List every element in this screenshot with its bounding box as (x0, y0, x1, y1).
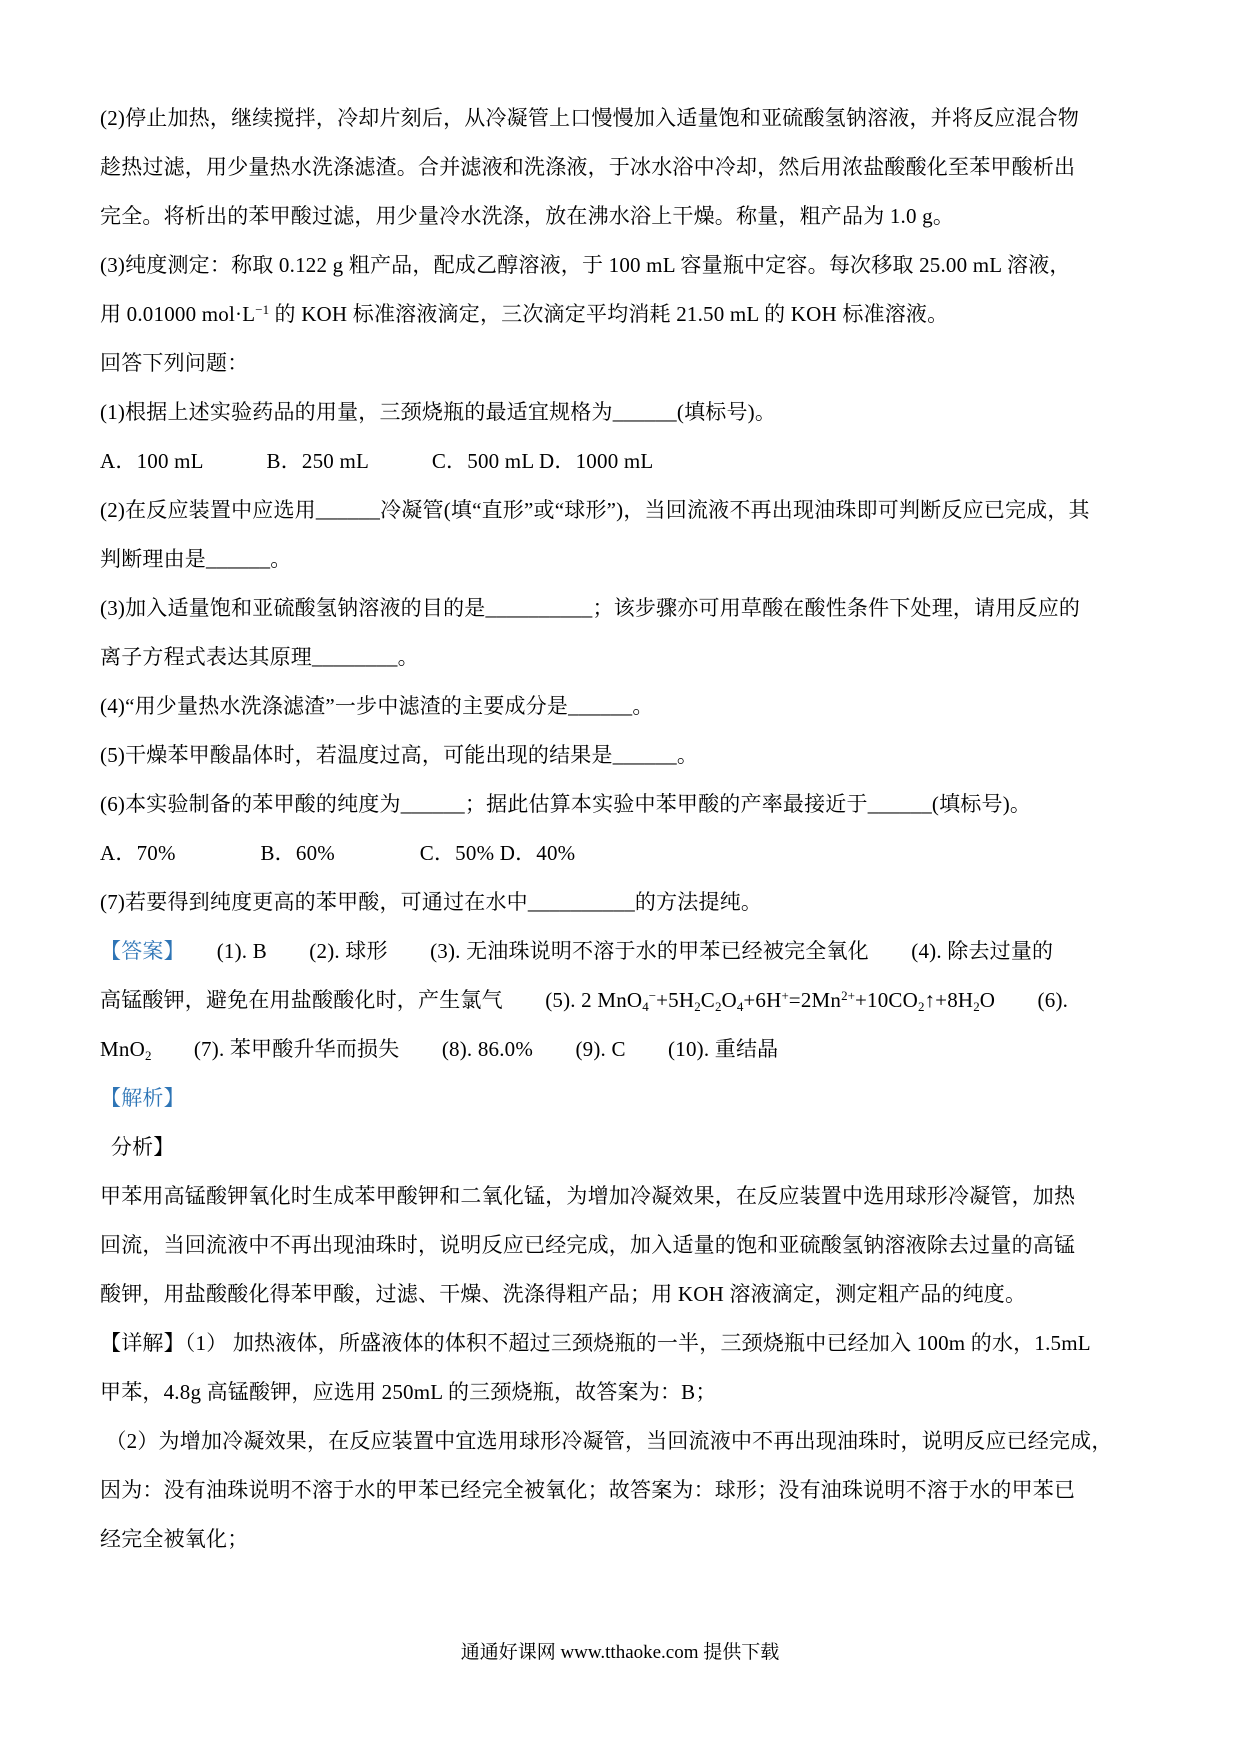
answer-line1: 【答案】 (1). B (2). 球形 (3). 无油珠说明不溶于水的甲苯已经被… (100, 927, 1146, 976)
analysis-section-label: 【解析】 (100, 1074, 1146, 1123)
answer-line3: MnO2 (7). 苯甲酸升华而损失 (8). 86.0% (9). C (10… (100, 1025, 1146, 1074)
text-segment: 【详解】（1） 加热液体，所盛液体的体积不超过三颈烧瓶的一半，三颈烧瓶中已经加入… (100, 1331, 1091, 1355)
text-segment: ↑+8H (924, 988, 973, 1012)
question-3-line1: (3)加入适量饱和亚硫酸氢钠溶液的目的是__________；该步骤亦可用草酸在… (100, 584, 1146, 633)
text-segment: (1)根据上述实验药品的用量，三颈烧瓶的最适宜规格为 (100, 400, 613, 424)
text-segment: +5H (656, 988, 694, 1012)
text-segment: 。 (398, 645, 419, 669)
text-segment: (5)干燥苯甲酸晶体时，若温度过高，可能出现的结果是 (100, 743, 613, 767)
text-segment: =2Mn (789, 988, 841, 1012)
analysis-line2: 回流，当回流液中不再出现油珠时，说明反应已经完成，加入适量的饱和亚硫酸氢钠溶液除… (100, 1221, 1146, 1270)
text-segment: (填标号)。 (677, 400, 776, 424)
question-3-line2: 离子方程式表达其原理________。 (100, 633, 1146, 682)
text-segment: + (781, 988, 788, 1003)
text-segment: 2+ (841, 988, 855, 1003)
answer-blank: ______ (206, 547, 270, 571)
text-segment: 冷凝管(填“直形”或“球形”)，当回流液不再出现油珠即可判断反应已完成，其 (380, 498, 1090, 522)
text-segment: 回答下列问题： (100, 351, 248, 375)
text-segment: （2）为增加冷凝效果，在反应装置中宜选用球形冷凝管，当回流液中不再出现油珠时，说… (100, 1429, 1113, 1453)
text-segment: (1). B (2). 球形 (3). 无油珠说明不溶于水的甲苯已经被完全氧化 … (174, 939, 1053, 963)
question-6: (6)本实验制备的苯甲酸的纯度为______；据此估算本实验中苯甲酸的产率最接近… (100, 780, 1146, 829)
document-body: (2)停止加热，继续搅拌，冷却片刻后，从冷凝管上口慢慢加入适量饱和亚硫酸氢钠溶液… (100, 94, 1146, 1564)
question-2-line1: (2)在反应装置中应选用______冷凝管(填“直形”或“球形”)，当回流液不再… (100, 486, 1146, 535)
analysis-line3: 酸钾，用盐酸酸化得苯甲酸，过滤、干燥、洗涤得粗产品；用 KOH 溶液滴定，测定粗… (100, 1270, 1146, 1319)
answer-blank: ______ (868, 792, 932, 816)
text-segment: 。 (270, 547, 291, 571)
text-segment: ；据此估算本实验中苯甲酸的产率最接近于 (465, 792, 868, 816)
text-segment: 因为：没有油珠说明不溶于水的甲苯已经完全被氧化；故答案为：球形；没有油珠说明不溶… (100, 1478, 1075, 1502)
text-segment: (7). 苯甲酸升华而损失 (8). 86.0% (9). C (10). 重结… (151, 1037, 778, 1061)
answer-blank: ______ (613, 400, 677, 424)
text-segment: 酸钾，用盐酸酸化得苯甲酸，过滤、干燥、洗涤得粗产品；用 KOH 溶液滴定，测定粗… (100, 1282, 1026, 1306)
analysis-sublabel: 分析】 (100, 1123, 1146, 1172)
text-segment: 离子方程式表达其原理 (100, 645, 312, 669)
text-segment: 甲苯用高锰酸钾氧化时生成苯甲酸钾和二氧化锰，为增加冷凝效果，在反应装置中选用球形… (100, 1184, 1075, 1208)
answer-blank: __________ (528, 890, 635, 914)
question-5: (5)干燥苯甲酸晶体时，若温度过高，可能出现的结果是______。 (100, 731, 1146, 780)
text-segment: O (721, 988, 736, 1012)
text-segment: (填标号)。 (932, 792, 1031, 816)
question-1: (1)根据上述实验药品的用量，三颈烧瓶的最适宜规格为______(填标号)。 (100, 388, 1146, 437)
detail-line2: 甲苯，4.8g 高锰酸钾，应选用 250mL 的三颈烧瓶，故答案为：B； (100, 1368, 1146, 1417)
text-segment: +10CO (855, 988, 918, 1012)
question-7: (7)若要得到纯度更高的苯甲酸，可通过在水中__________的方法提纯。 (100, 878, 1146, 927)
text-segment: (7)若要得到纯度更高的苯甲酸，可通过在水中 (100, 890, 528, 914)
para-step3-line1: (3)纯度测定：称取 0.122 g 粗产品，配成乙醇溶液，于 100 mL 容… (100, 241, 1146, 290)
answer-blank: ______ (613, 743, 677, 767)
answer-section-label: 【答案】 (100, 939, 174, 963)
page-footer: 通通好课网 www.tthaoke.com 提供下载 (0, 1638, 1240, 1668)
question-4: (4)“用少量热水洗涤滤渣”一步中滤渣的主要成分是______。 (100, 682, 1146, 731)
text-segment: 趁热过滤，用少量热水洗涤滤渣。合并滤液和洗涤液，于冰水浴中冷却，然后用浓盐酸酸化… (100, 155, 1075, 179)
text-segment: 。 (677, 743, 698, 767)
footer-text: 通通好课网 www.tthaoke.com 提供下载 (461, 1642, 780, 1663)
answer-blank: __________ (486, 596, 593, 620)
analysis-section-label: 【解析】 (100, 1086, 185, 1110)
text-segment: (6)本实验制备的苯甲酸的纯度为 (100, 792, 401, 816)
text-segment: O (6). (980, 988, 1068, 1012)
text-segment: +6H (743, 988, 781, 1012)
question-6-options: A．70% B．60% C．50% D．40% (100, 829, 1146, 878)
para-step2-line2: 趁热过滤，用少量热水洗涤滤渣。合并滤液和洗涤液，于冰水浴中冷却，然后用浓盐酸酸化… (100, 143, 1146, 192)
text-segment: (2)在反应装置中应选用 (100, 498, 316, 522)
text-segment: 判断理由是 (100, 547, 206, 571)
text-segment: (2)停止加热，继续搅拌，冷却片刻后，从冷凝管上口慢慢加入适量饱和亚硫酸氢钠溶液… (100, 106, 1079, 130)
text-segment: (4)“用少量热水洗涤滤渣”一步中滤渣的主要成分是 (100, 694, 568, 718)
text-segment: 用 0.01000 mol·L (100, 302, 255, 326)
text-segment: A．70% B．60% C．50% D．40% (100, 841, 575, 865)
answer-blank: ______ (316, 498, 380, 522)
questions-intro: 回答下列问题： (100, 339, 1146, 388)
document-page: (2)停止加热，继续搅拌，冷却片刻后，从冷凝管上口慢慢加入适量饱和亚硫酸氢钠溶液… (0, 0, 1240, 1754)
answer-line2: 高锰酸钾，避免在用盐酸酸化时，产生氯气 (5). 2 MnO4−+5H2C2O4… (100, 976, 1146, 1025)
text-segment: 完全。将析出的苯甲酸过滤，用少量冷水洗涤，放在沸水浴上干燥。称量，粗产品为 1.… (100, 204, 954, 228)
text-segment: (3)纯度测定：称取 0.122 g 粗产品，配成乙醇溶液，于 100 mL 容… (100, 253, 1071, 277)
text-segment: 回流，当回流液中不再出现油珠时，说明反应已经完成，加入适量的饱和亚硫酸氢钠溶液除… (100, 1233, 1075, 1257)
question-1-options: A．100 mL B．250 mL C．500 mL D．1000 mL (100, 437, 1146, 486)
answer-blank: ______ (568, 694, 632, 718)
text-segment: A．100 mL B．250 mL C．500 mL D．1000 mL (100, 449, 653, 473)
detail-line4: 因为：没有油珠说明不溶于水的甲苯已经完全被氧化；故答案为：球形；没有油珠说明不溶… (100, 1466, 1146, 1515)
text-segment: −1 (255, 302, 269, 317)
text-segment: 分析】 (100, 1135, 175, 1159)
text-segment: C (701, 988, 715, 1012)
text-segment: 的方法提纯。 (635, 890, 762, 914)
text-segment: (3)加入适量饱和亚硫酸氢钠溶液的目的是 (100, 596, 486, 620)
para-step3-line2: 用 0.01000 mol·L−1 的 KOH 标准溶液滴定，三次滴定平均消耗 … (100, 290, 1146, 339)
answer-blank: ________ (312, 645, 398, 669)
detail-line5: 经完全被氧化； (100, 1515, 1146, 1564)
detail-line1: 【详解】（1） 加热液体，所盛液体的体积不超过三颈烧瓶的一半，三颈烧瓶中已经加入… (100, 1319, 1146, 1368)
answer-blank: ______ (401, 792, 465, 816)
text-segment: 高锰酸钾，避免在用盐酸酸化时，产生氯气 (5). 2 MnO (100, 988, 642, 1012)
text-segment: ；该步骤亦可用草酸在酸性条件下处理，请用反应的 (593, 596, 1081, 620)
text-segment: MnO (100, 1037, 145, 1061)
analysis-line1: 甲苯用高锰酸钾氧化时生成苯甲酸钾和二氧化锰，为增加冷凝效果，在反应装置中选用球形… (100, 1172, 1146, 1221)
detail-line3: （2）为增加冷凝效果，在反应装置中宜选用球形冷凝管，当回流液中不再出现油珠时，说… (100, 1417, 1146, 1466)
question-2-line2: 判断理由是______。 (100, 535, 1146, 584)
text-segment: 经完全被氧化； (100, 1527, 248, 1551)
para-step2-line1: (2)停止加热，继续搅拌，冷却片刻后，从冷凝管上口慢慢加入适量饱和亚硫酸氢钠溶液… (100, 94, 1146, 143)
text-segment: 的 KOH 标准溶液滴定，三次滴定平均消耗 21.50 mL 的 KOH 标准溶… (269, 302, 948, 326)
para-step2-line3: 完全。将析出的苯甲酸过滤，用少量冷水洗涤，放在沸水浴上干燥。称量，粗产品为 1.… (100, 192, 1146, 241)
text-segment: 。 (632, 694, 653, 718)
text-segment: 甲苯，4.8g 高锰酸钾，应选用 250mL 的三颈烧瓶，故答案为：B； (100, 1380, 717, 1404)
